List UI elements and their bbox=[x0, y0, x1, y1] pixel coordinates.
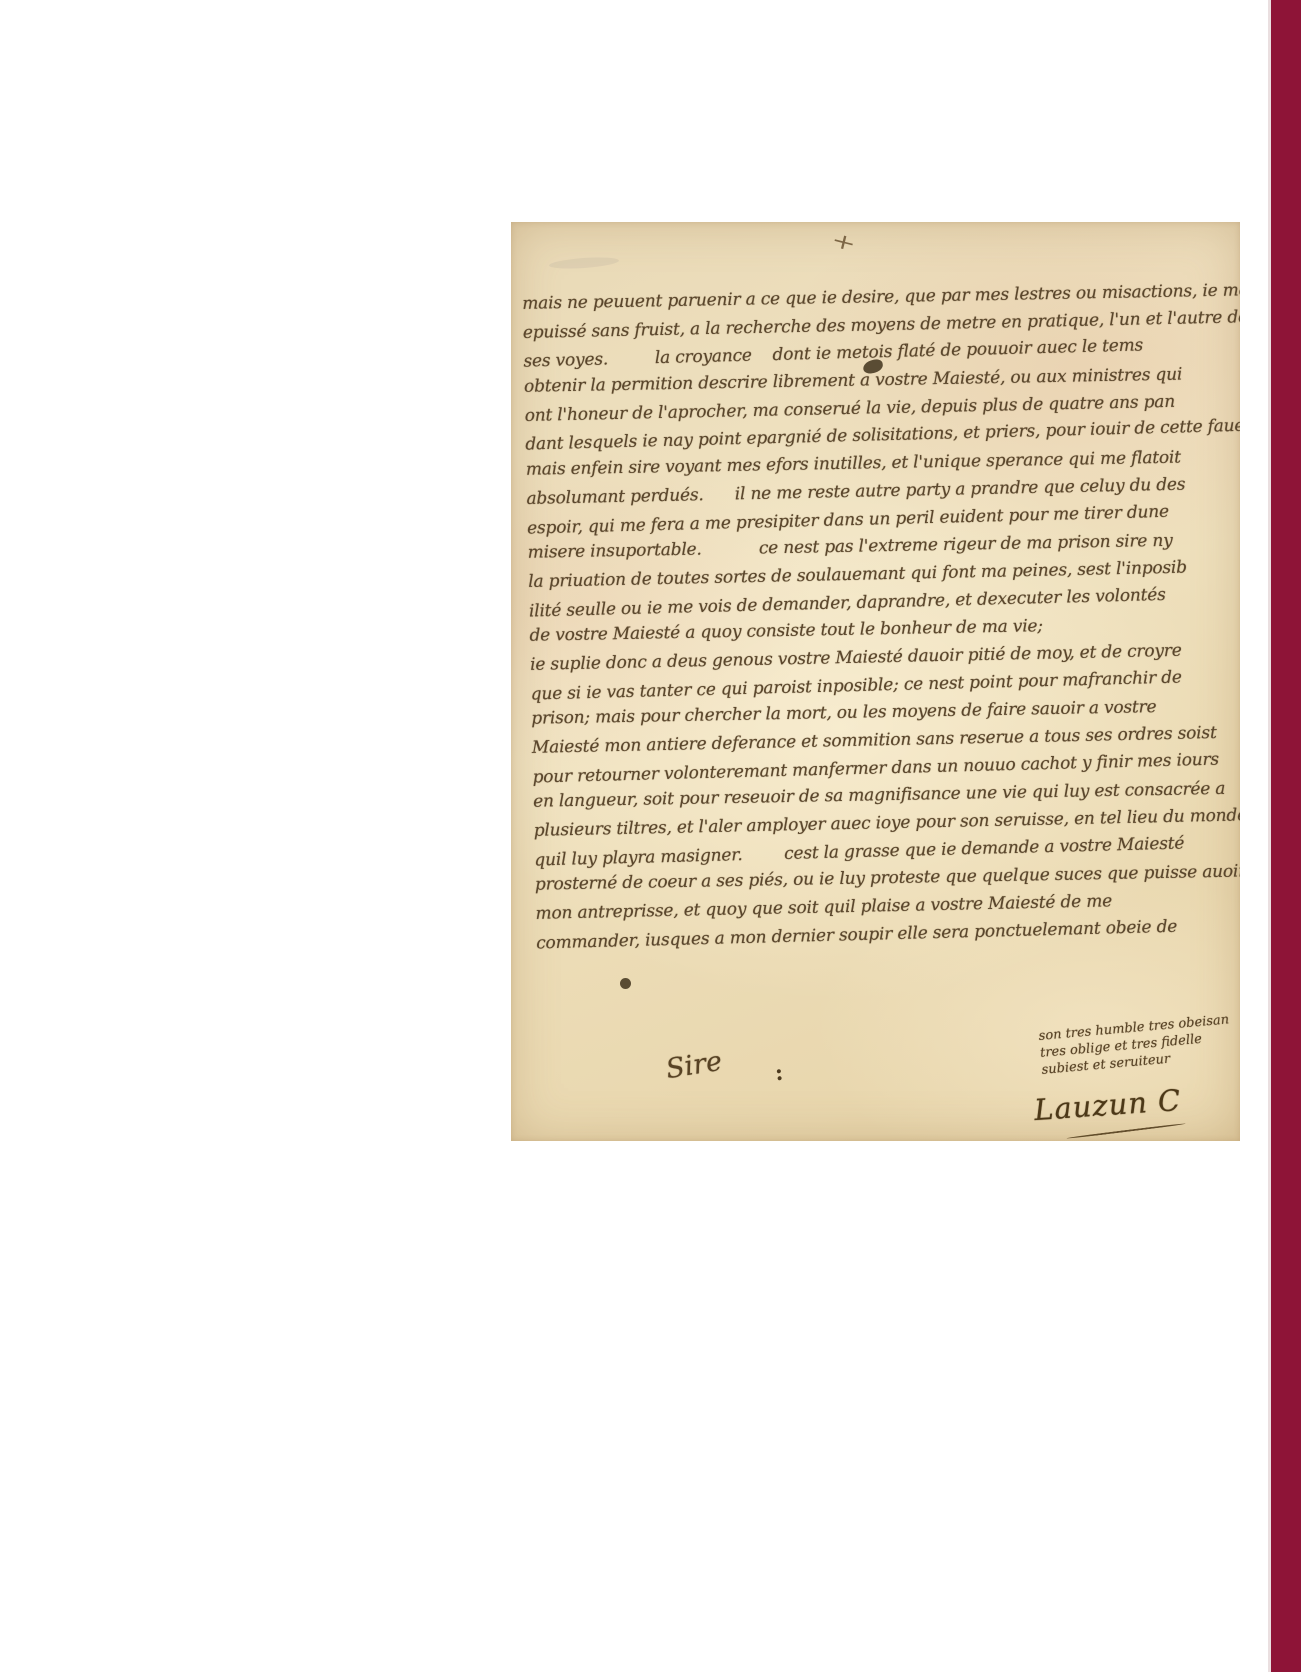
letter-body: mais ne peuuent paruenir a ce que ie des… bbox=[522, 276, 1240, 957]
manuscript-letter: + mais ne peuuent paruenir a ce que ie d… bbox=[511, 222, 1240, 1141]
cross-mark: + bbox=[829, 227, 859, 256]
paper-smudge bbox=[549, 256, 620, 271]
ink-blot bbox=[620, 978, 631, 989]
signature-lauzun: Lauzun C bbox=[1033, 1083, 1182, 1127]
salutation-colon: : bbox=[774, 1060, 785, 1087]
salutation-sire: Sire bbox=[664, 1046, 724, 1085]
closing-formula: son tres humble tres obeisan tres oblige… bbox=[1038, 1010, 1240, 1079]
page-background: + mais ne peuuent paruenir a ce que ie d… bbox=[0, 0, 1301, 1672]
signature-flourish bbox=[1066, 1123, 1185, 1140]
accent-bar bbox=[1268, 0, 1301, 1672]
